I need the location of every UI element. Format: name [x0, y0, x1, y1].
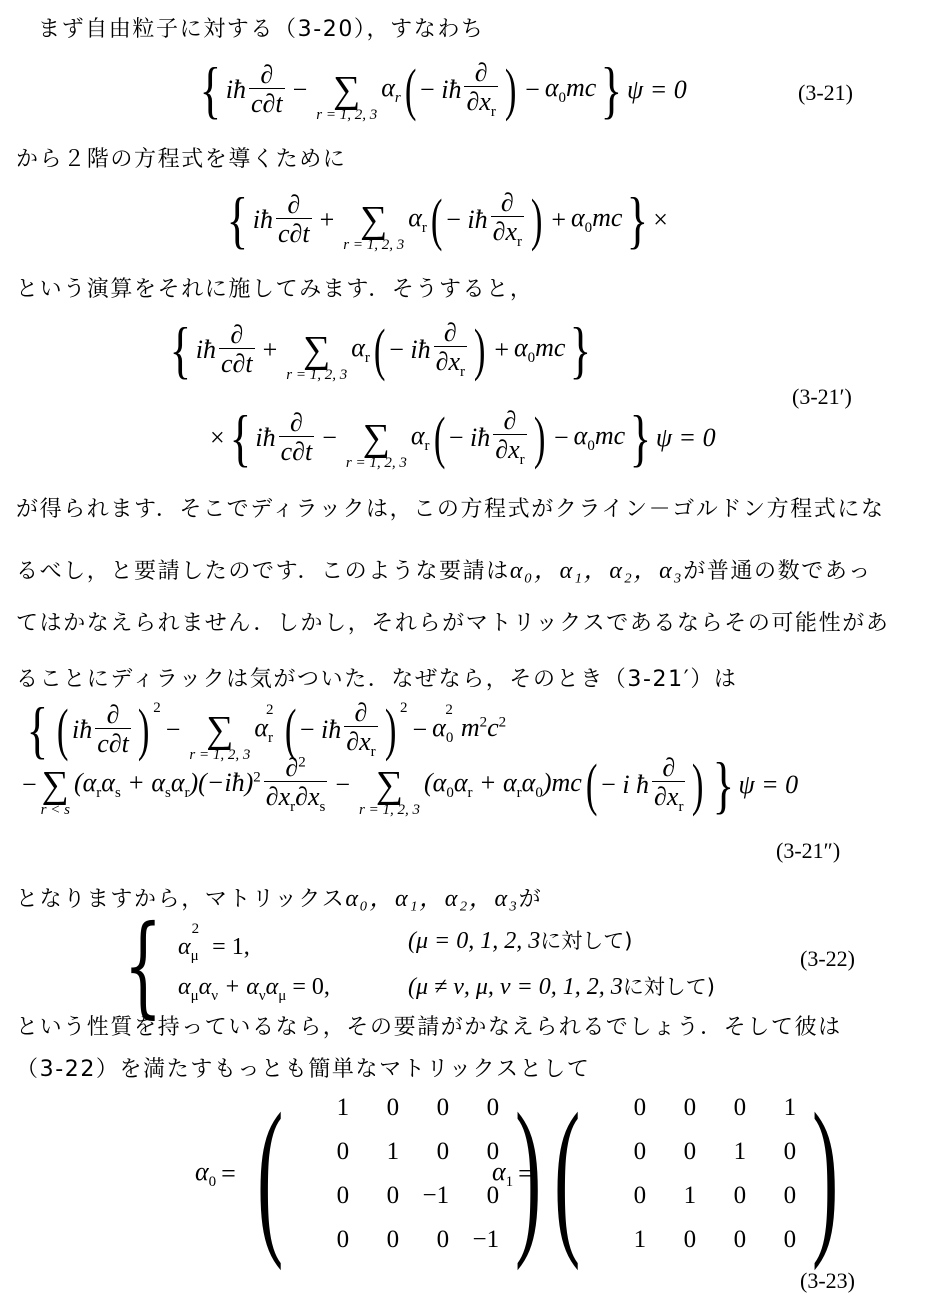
paragraph-conditions: となりますから，マトリックスα₀，α₁，α₂，α₃が	[16, 878, 542, 913]
matrix-cell: 0	[746, 1176, 796, 1216]
paragraph-derive: から２階の方程式を導くために	[16, 142, 346, 173]
equation-number: (3-23)	[800, 1268, 855, 1294]
paragraph-dirac-line2: るべし，と要請したのです．このような要請はα₀，α₁，α₂，α₃が普通の数であっ	[16, 550, 872, 585]
equation-3-21-prime-line1: { iħ ∂c∂t + ∑r = 1, 2, 3 αr (− iħ ∂∂xr )…	[165, 310, 596, 390]
matrix-cell: 0	[746, 1220, 796, 1260]
matrix-cell: 0	[596, 1088, 646, 1128]
matrix-cell: 1	[646, 1176, 696, 1216]
paragraph-simplest-line1: という性質を持っているなら，その要請がかなえられるでしょう．そして彼は	[16, 1010, 842, 1041]
equation-number: (3-22)	[800, 946, 855, 972]
paragraph-dirac-line3: てはかなえられません．しかし，それらがマトリックスであるならその可能性があ	[16, 606, 889, 637]
matrix-cell: 0	[399, 1088, 449, 1128]
matrix-cell: 1	[299, 1088, 349, 1128]
matrix-cell: 1	[596, 1220, 646, 1260]
matrix-cell: −1	[399, 1176, 449, 1216]
equation-3-23-alpha1: α1= ( 0001001001001000 )	[492, 1094, 854, 1254]
matrix-cell: 1	[696, 1132, 746, 1172]
matrix-cell: 0	[596, 1132, 646, 1172]
equation-number: (3-21)	[798, 80, 853, 106]
matrix-alpha1: ( 0001001001001000 )	[538, 1087, 855, 1262]
matrix-cell: 0	[399, 1220, 449, 1260]
paragraph-intro: まず自由粒子に対する（3-20），すなわち	[38, 12, 485, 43]
matrix-cell: 0	[646, 1132, 696, 1172]
paragraph-apply: という演算をそれに施してみます．そうすると，	[16, 272, 533, 303]
matrix-cell: 0	[646, 1088, 696, 1128]
equation-number: (3-21′)	[792, 384, 852, 410]
paragraph-dirac-line4: ることにディラックは気がついた．なぜなら，そのとき（3-21′）は	[16, 662, 738, 693]
equation-operator: { iħ ∂c∂t + ∑r = 1, 2, 3 αr (− iħ ∂∂xr )…	[222, 180, 668, 260]
equation-3-21-prime-line2: × { iħ ∂c∂t − ∑r = 1, 2, 3 αr (− iħ ∂∂xr…	[210, 398, 716, 478]
matrix-cell: 0	[746, 1132, 796, 1172]
matrix-cell: 0	[299, 1220, 349, 1260]
matrix-cell: 0	[349, 1220, 399, 1260]
matrix-cell: 0	[299, 1176, 349, 1216]
matrix-cell: 1	[746, 1088, 796, 1128]
matrix-cell: 0	[696, 1176, 746, 1216]
matrix-cell: 0	[646, 1220, 696, 1260]
equation-3-22: { αμ2 = 1, (μ = 0, 1, 2, 3に対して) αμαν + α…	[108, 910, 878, 1020]
matrix-cell: 0	[696, 1088, 746, 1128]
equation-3-21-double-prime-line2: − ∑r < s (αrαs + αsαr)(−iħ)2 ∂2∂xr∂xs − …	[22, 742, 798, 828]
equation-3-21: { iħ ∂c∂t − ∑r = 1, 2, 3 αr (− iħ ∂∂xr )…	[195, 50, 687, 130]
matrix-cell: 1	[349, 1132, 399, 1172]
paragraph-dirac-line1: が得られます．そこでディラックは，この方程式がクライン－ゴルドン方程式にな	[16, 492, 885, 523]
matrix-cell: 0	[299, 1132, 349, 1172]
matrix-cell: 0	[696, 1220, 746, 1260]
matrix-cell: 0	[596, 1176, 646, 1216]
matrix-cell: 0	[399, 1132, 449, 1172]
paragraph-simplest-line2: （3-22）を満たすもっとも簡単なマトリックスとして	[16, 1052, 590, 1083]
matrix-cell: 0	[349, 1088, 399, 1128]
matrix-cell: 0	[349, 1176, 399, 1216]
equation-number: (3-21″)	[776, 838, 840, 864]
